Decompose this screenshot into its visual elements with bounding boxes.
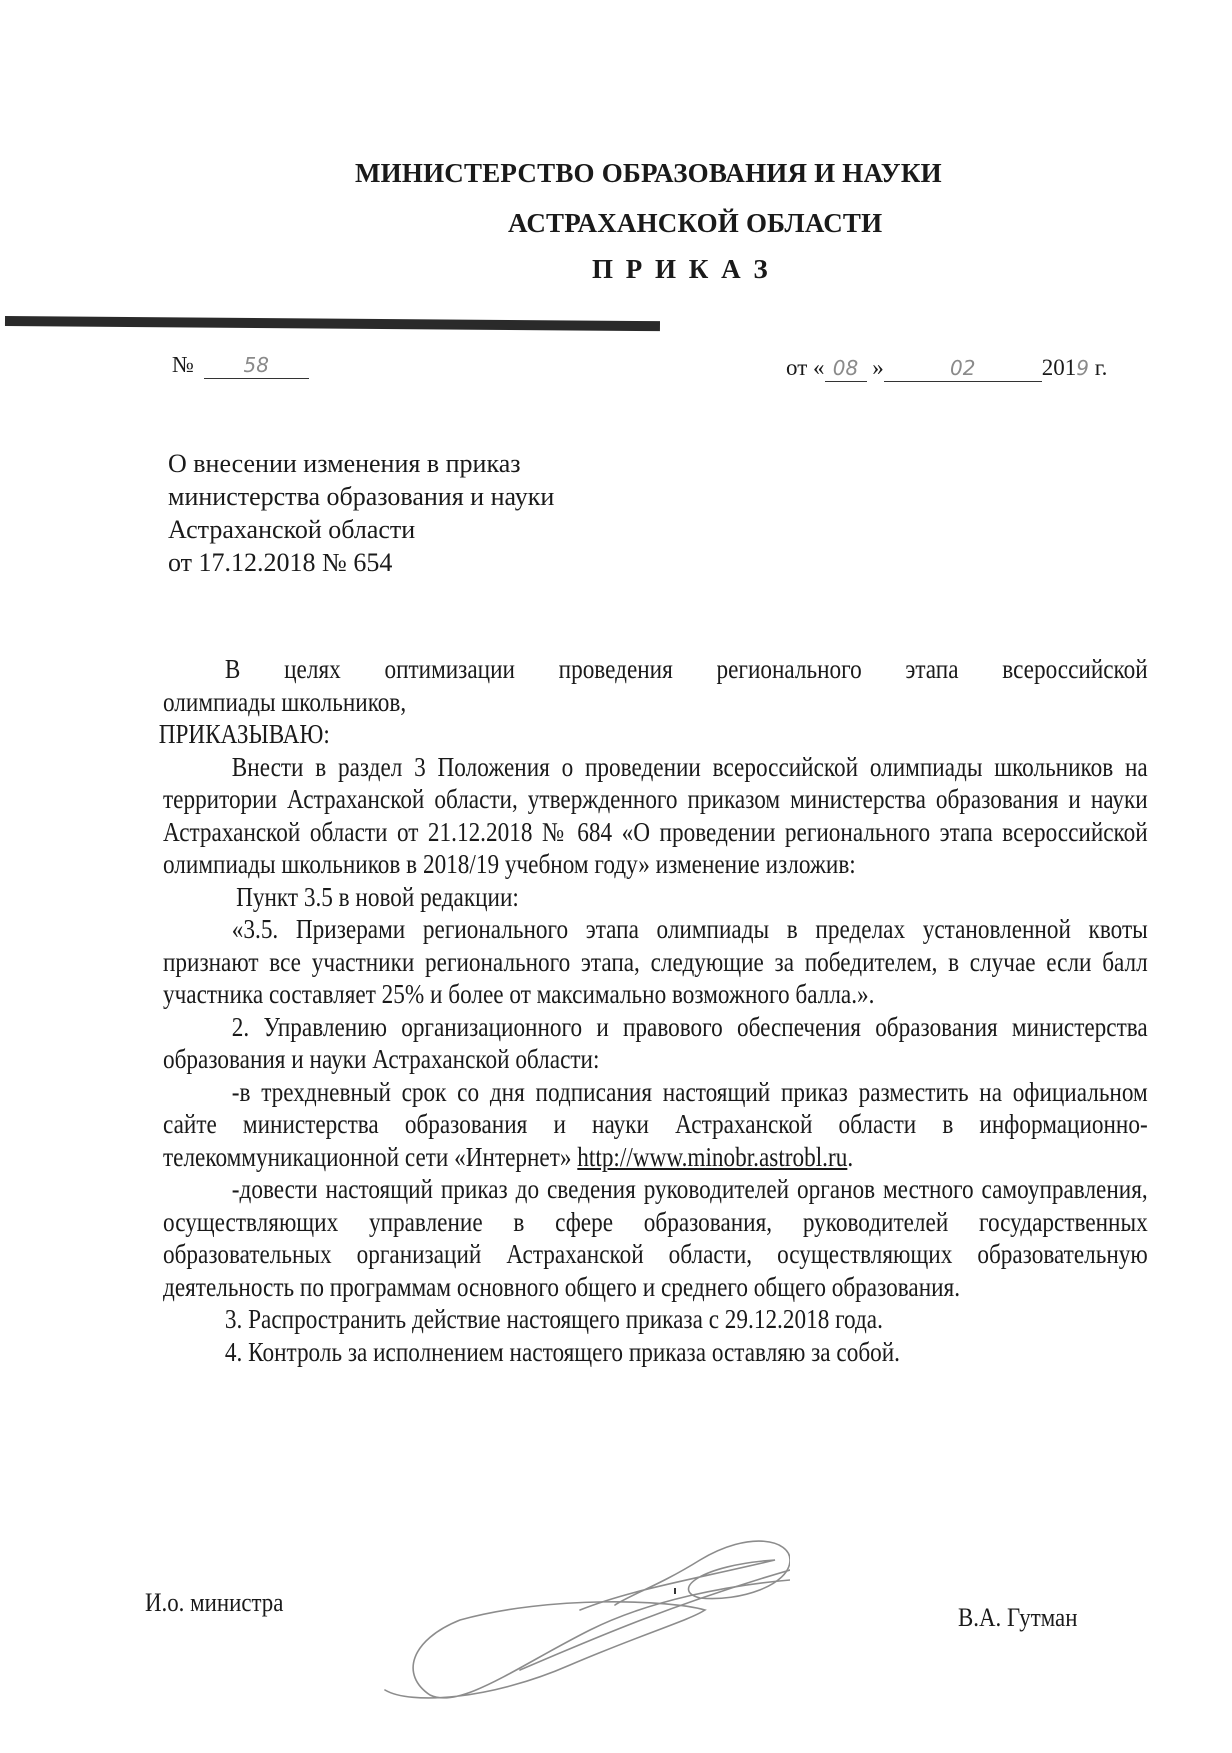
preamble-line2: олимпиады школьников, (163, 686, 1148, 719)
order-subject: О внесении изменения в приказ министерст… (168, 447, 554, 579)
item-1: Внести в раздел 3 Положения о проведении… (163, 751, 1148, 881)
item-2a: -в трехдневный срок со дня подписания на… (163, 1076, 1148, 1174)
preamble-line1: В целях оптимизации проведения региональ… (163, 653, 1148, 686)
item-2a-end: . (847, 1142, 853, 1172)
subject-line: О внесении изменения в приказ (168, 447, 554, 480)
item-2: 2. Управлению организационного и правово… (163, 1011, 1148, 1076)
order-body: В целях оптимизации проведения региональ… (163, 653, 1148, 1368)
ministry-title-line1: МИНИСТЕРСТВО ОБРАЗОВАНИЯ И НАУКИ (355, 158, 942, 189)
order-number-label: № (172, 352, 194, 377)
date-day-value: 08 (833, 356, 858, 380)
date-month-value: 02 (950, 356, 975, 380)
item-1-quote: «3.5. Призерами регионального этапа олим… (163, 913, 1148, 1011)
date-year-suffix: г. (1095, 355, 1108, 380)
subject-line: министерства образования и науки (168, 480, 554, 513)
date-year-printed: 201 (1042, 355, 1077, 380)
order-number: № 58 (172, 352, 309, 379)
date-mid: » (872, 355, 884, 380)
command-word: ПРИКАЗЫВАЮ: (159, 718, 1148, 751)
ministry-title-line2: АСТРАХАНСКОЙ ОБЛАСТИ (508, 208, 882, 239)
subject-line: Астраханской области (168, 513, 554, 546)
date-month-field: 02 (884, 355, 1042, 382)
item-2b: -довести настоящий приказ до сведения ру… (163, 1173, 1148, 1303)
signatory-role: И.о. министра (145, 1588, 283, 1618)
order-number-value: 58 (243, 353, 268, 377)
date-prefix: от « (786, 355, 825, 380)
item-1-subheading: Пункт 3.5 в новой редакции: (163, 881, 1148, 914)
order-date: от «08 »022019 г. (786, 355, 1107, 382)
document-type-title: П Р И К А З (592, 254, 771, 285)
item-4: 4. Контроль за исполнением настоящего пр… (163, 1336, 1148, 1369)
handwritten-signature-icon (370, 1490, 790, 1740)
signatory-name: В.А. Гутман (958, 1603, 1077, 1633)
order-number-field: 58 (204, 352, 309, 379)
item-3: 3. Распространить действие настоящего пр… (163, 1303, 1148, 1336)
header-divider-rule (5, 316, 660, 331)
ministry-website-link[interactable]: http://www.minobr.astrobl.ru (577, 1142, 847, 1172)
subject-line: от 17.12.2018 № 654 (168, 546, 554, 579)
date-year-handwritten: 9 (1076, 356, 1089, 380)
date-day-field: 08 (825, 355, 867, 382)
